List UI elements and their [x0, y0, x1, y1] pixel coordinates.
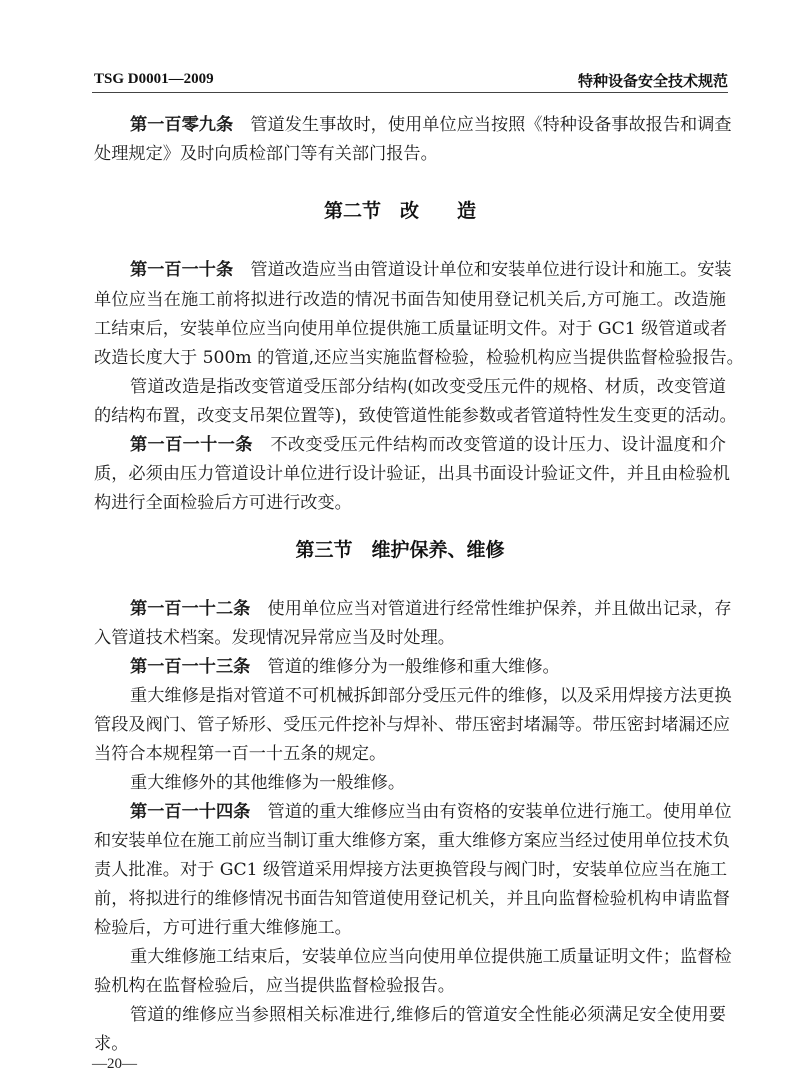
article-111-line-1: 第一百一十一条 不改变受压元件结构而改变管道的设计压力、设计温度和介: [130, 433, 726, 457]
article-109-line-1: 第一百零九条 管道发生事故时，使用单位应当按照《特种设备事故报告和调查: [130, 113, 726, 137]
article-number: 第一百一十条: [130, 260, 233, 280]
major-repair-definition-line-3: 当符合本规程第一百一十五条的规定。: [94, 742, 726, 766]
repair-standards-line-2: 求。: [94, 1032, 154, 1056]
post-repair-line-2: 验机构在监督检验后，应当提供监督检验报告。: [94, 974, 726, 998]
article-112-line-1: 第一百一十二条 使用单位应当对管道进行经常性维护保养，并且做出记录，存: [130, 597, 726, 621]
article-111-line-2: 质，必须由压力管道设计单位进行设计验证，出具书面设计验证文件，并且由检验机: [94, 462, 726, 486]
article-110-line-4: 改造长度大于 500m 的管道,还应当实施监督检验，检验机构应当提供监督检验报告…: [94, 346, 726, 370]
article-109-line-2: 处理规定》及时向质检部门等有关部门报告。: [94, 142, 726, 166]
standard-code: TSG D0001—2009: [94, 71, 214, 88]
renovation-definition-line-1: 管道改造是指改变管道受压部分结构(如改变受压元件的规格、材质，改变管道: [130, 375, 726, 399]
article-113-line-1: 第一百一十三条 管道的维修分为一般维修和重大维修。: [130, 655, 726, 679]
article-110-line-1: 第一百一十条 管道改造应当由管道设计单位和安装单位进行设计和施工。安装: [130, 258, 726, 282]
major-repair-definition-line-1: 重大维修是指对管道不可机械拆卸部分受压元件的维修，以及采用焊接方法更换: [130, 684, 726, 708]
article-110-line-2: 单位应当在施工前将拟进行改造的情况书面告知使用登记机关后,方可施工。改造施: [94, 288, 726, 312]
article-114-line-3: 责人批准。对于 GC1 级管道采用焊接方法更换管段与阀门时，安装单位应当在施工: [94, 858, 726, 882]
post-repair-line-1: 重大维修施工结束后，安装单位应当向使用单位提供施工质量证明文件；监督检: [130, 945, 726, 969]
article-114-line-5: 检验后，方可进行重大维修施工。: [94, 916, 726, 940]
general-repair-definition: 重大维修外的其他维修为一般维修。: [130, 771, 726, 795]
article-111-line-3: 构进行全面检验后方可进行改变。: [94, 491, 726, 515]
page-number: —20—: [92, 1056, 137, 1073]
page-header: TSG D0001—2009 特种设备安全技术规范: [92, 70, 728, 93]
article-114-line-4: 前，将拟进行的维修情况书面告知管道使用登记机关，并且向监督检验机构申请监督: [94, 887, 726, 911]
article-114-line-2: 和安装单位在施工前应当制订重大维修方案，重大维修方案应当经过使用单位技术负: [94, 829, 726, 853]
article-number: 第一百一十一条: [130, 435, 253, 455]
article-number: 第一百一十三条: [130, 657, 250, 677]
article-114-line-1: 第一百一十四条 管道的重大维修应当由有资格的安装单位进行施工。使用单位: [130, 800, 726, 824]
section-title-renovation: 第二节 改 造: [0, 198, 800, 224]
major-repair-definition-line-2: 管段及阀门、管子矫形、受压元件挖补与焊补、带压密封堵漏等。带压密封堵漏还应: [94, 713, 726, 737]
series-title: 特种设备安全技术规范: [578, 70, 728, 91]
repair-standards-line-1: 管道的维修应当参照相关标准进行,维修后的管道安全性能必须满足安全使用要: [130, 1003, 726, 1027]
scan-speck: [611, 480, 613, 482]
article-112-line-2: 入管道技术档案。发现情况异常应当及时处理。: [94, 626, 726, 650]
article-number: 第一百零九条: [130, 115, 233, 135]
article-number: 第一百一十四条: [130, 802, 250, 822]
article-110-line-3: 工结束后，安装单位应当向使用单位提供施工质量证明文件。对于 GC1 级管道或者: [94, 317, 726, 341]
section-title-maintenance: 第三节 维护保养、维修: [0, 537, 800, 563]
article-number: 第一百一十二条: [130, 599, 250, 619]
renovation-definition-line-2: 的结构布置，改变支吊架位置等)，致使管道性能参数或者管道特性发生变更的活动。: [94, 404, 726, 428]
